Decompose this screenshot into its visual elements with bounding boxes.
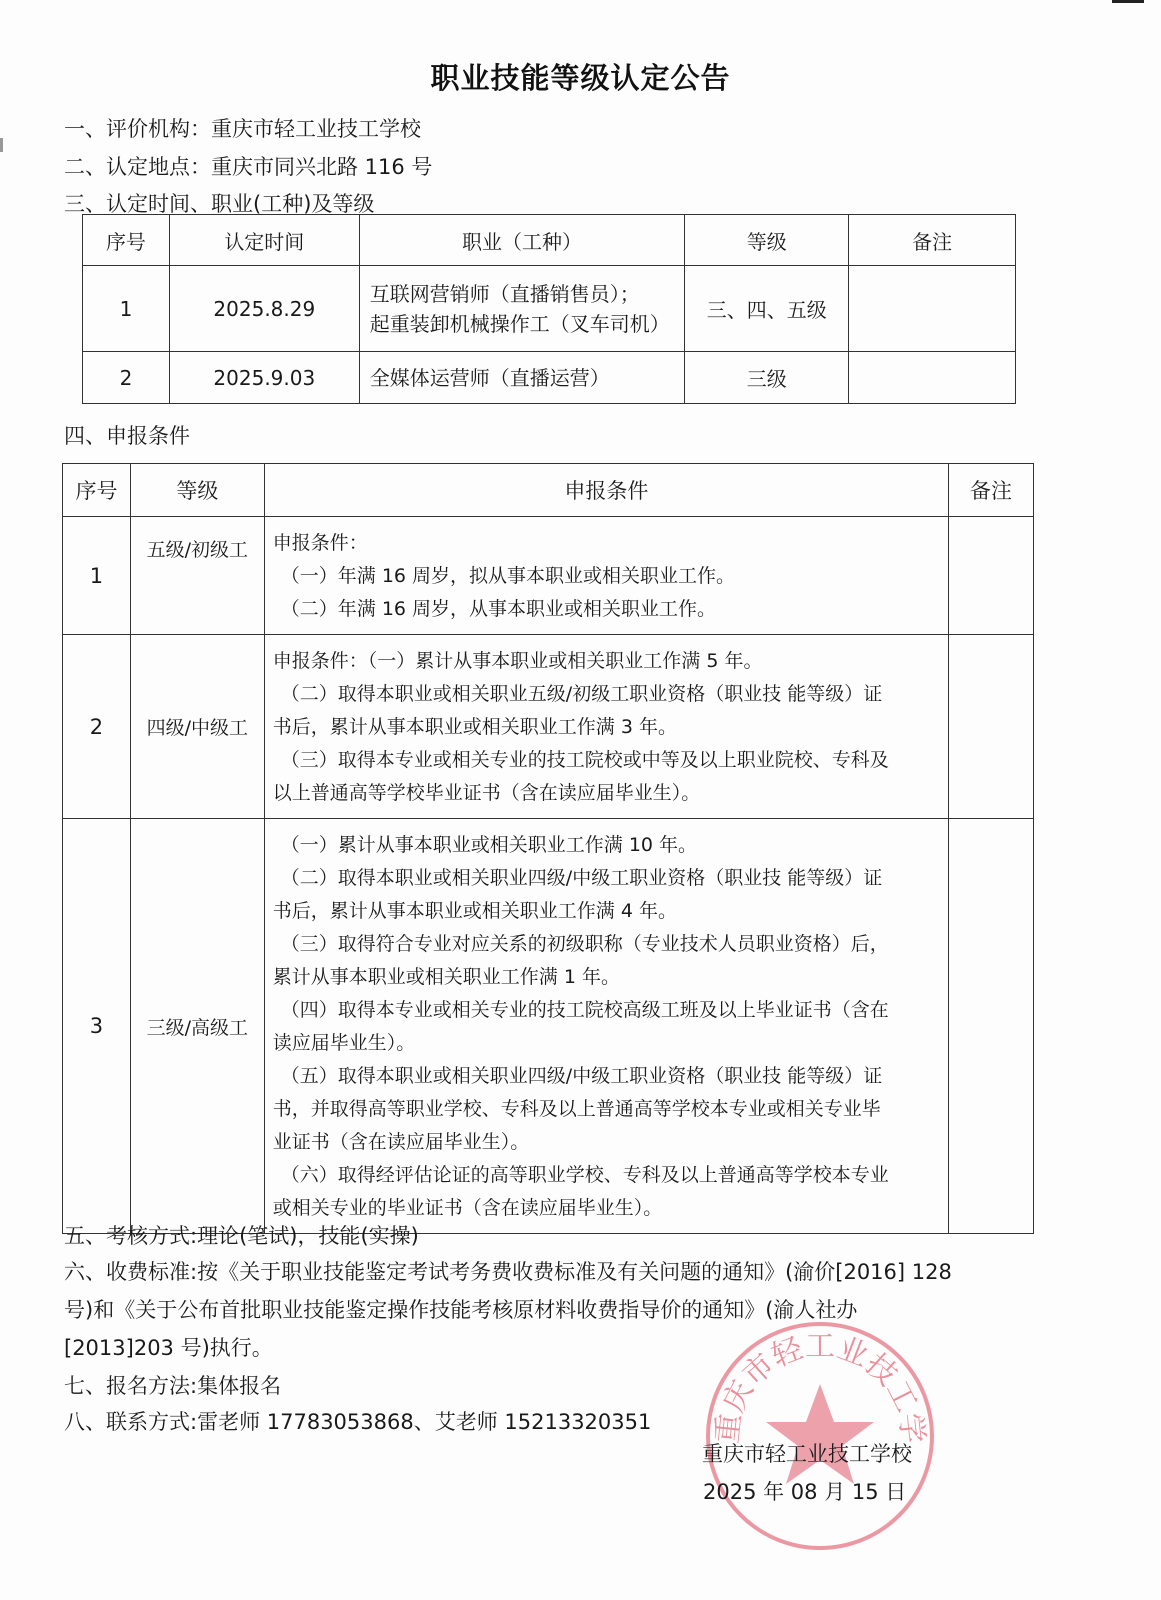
cell-level: 三级/高级工: [130, 819, 264, 1234]
cell-conditions: 申报条件： （一）年满 16 周岁，拟从事本职业或相关职业工作。 （二）年满 1…: [264, 517, 948, 635]
cell-level: 五级/初级工: [130, 517, 264, 635]
cell-note: [949, 635, 1034, 819]
section-registration: 七、报名方法:集体报名: [64, 1370, 281, 1400]
cell-note: [949, 819, 1034, 1234]
condition-line: （二）取得本职业或相关职业四级/中级工职业资格（职业技 能等级）证: [273, 862, 940, 895]
signature-org: 重庆市轻工业技工学校: [702, 1438, 912, 1468]
condition-line: 书后，累计从事本职业或相关职业工作满 3 年。: [273, 711, 940, 744]
section-fees-line2: 号)和《关于公布首批职业技能鉴定操作技能考核原材料收费指导价的通知》(渝人社办: [64, 1294, 857, 1324]
condition-line: （一）年满 16 周岁，拟从事本职业或相关职业工作。: [273, 560, 940, 593]
header-no: 序号: [63, 464, 131, 517]
condition-line: 申报条件：: [273, 527, 940, 560]
header-date: 认定时间: [169, 215, 359, 266]
cell-level: 三级: [685, 352, 849, 404]
table-row: 1 五级/初级工 申报条件： （一）年满 16 周岁，拟从事本职业或相关职业工作…: [63, 517, 1034, 635]
condition-line: （三）取得本专业或相关专业的技工院校或中等及以上职业院校、专科及: [273, 744, 940, 777]
cell-no: 3: [63, 819, 131, 1234]
condition-line: （五）取得本职业或相关职业四级/中级工职业资格（职业技 能等级）证: [273, 1060, 940, 1093]
header-note: 备注: [949, 464, 1034, 517]
condition-line: 书，并取得高等职业学校、专科及以上普通高等学校本专业或相关专业毕: [273, 1093, 940, 1126]
condition-line: （二）取得本职业或相关职业五级/初级工职业资格（职业技 能等级）证: [273, 678, 940, 711]
scan-artifact: [0, 138, 3, 152]
table-header-row: 序号 认定时间 职业（工种） 等级 备注: [83, 215, 1016, 266]
section-location: 二、认定地点：重庆市同兴北路 116 号: [64, 151, 432, 181]
header-conditions: 申报条件: [264, 464, 948, 517]
cell-occupation: 全媒体运营师（直播运营）: [359, 352, 685, 404]
condition-line: 读应届毕业生）。: [273, 1027, 940, 1060]
schedule-table: 序号 认定时间 职业（工种） 等级 备注 1 2025.8.29 互联网营销师（…: [82, 214, 1016, 404]
condition-line: （三）取得符合专业对应关系的初级职称（专业技术人员职业资格）后，: [273, 928, 940, 961]
condition-line: 申报条件：（一）累计从事本职业或相关职业工作满 5 年。: [273, 645, 940, 678]
condition-line: 业证书（含在读应届毕业生）。: [273, 1126, 940, 1159]
header-occupation: 职业（工种）: [359, 215, 685, 266]
announcement-page: 职业技能等级认定公告 一、评价机构：重庆市轻工业技工学校 二、认定地点：重庆市同…: [0, 0, 1161, 1600]
section-evaluation-org: 一、评价机构：重庆市轻工业技工学校: [64, 113, 421, 143]
section-assessment: 五、考核方式:理论(笔试)，技能(实操): [64, 1220, 419, 1250]
cell-note: [849, 352, 1016, 404]
condition-line: （二）年满 16 周岁，从事本职业或相关职业工作。: [273, 593, 940, 626]
section-contact: 八、联系方式:雷老师 17783053868、艾老师 15213320351: [64, 1406, 651, 1436]
condition-line: （四）取得本专业或相关专业的技工院校高级工班及以上毕业证书（含在: [273, 994, 940, 1027]
header-no: 序号: [83, 215, 170, 266]
scan-artifact: [1112, 0, 1144, 3]
cell-date: 2025.9.03: [169, 352, 359, 404]
header-level: 等级: [130, 464, 264, 517]
table-header-row: 序号 等级 申报条件 备注: [63, 464, 1034, 517]
cell-conditions: 申报条件：（一）累计从事本职业或相关职业工作满 5 年。 （二）取得本职业或相关…: [264, 635, 948, 819]
star-icon: 重庆市轻工业技工学校: [710, 1326, 930, 1546]
occupation-line: 起重装卸机械操作工（叉车司机）: [370, 309, 684, 339]
cell-level: 四级/中级工: [130, 635, 264, 819]
cell-no: 2: [83, 352, 170, 404]
official-stamp: 重庆市轻工业技工学校: [706, 1322, 934, 1550]
header-level: 等级: [685, 215, 849, 266]
header-note: 备注: [849, 215, 1016, 266]
cell-conditions: （一）累计从事本职业或相关职业工作满 10 年。 （二）取得本职业或相关职业四级…: [264, 819, 948, 1234]
table-row: 2 四级/中级工 申报条件：（一）累计从事本职业或相关职业工作满 5 年。 （二…: [63, 635, 1034, 819]
cell-note: [949, 517, 1034, 635]
cell-no: 1: [83, 266, 170, 352]
table-row: 1 2025.8.29 互联网营销师（直播销售员）； 起重装卸机械操作工（叉车司…: [83, 266, 1016, 352]
page-title: 职业技能等级认定公告: [0, 56, 1161, 97]
section-fees-line1: 六、收费标准:按《关于职业技能鉴定考试考务费收费标准及有关问题的通知》(渝价[2…: [64, 1256, 952, 1286]
cell-no: 2: [63, 635, 131, 819]
cell-occupation: 互联网营销师（直播销售员）； 起重装卸机械操作工（叉车司机）: [359, 266, 685, 352]
cell-level: 三、四、五级: [685, 266, 849, 352]
occupation-line: 互联网营销师（直播销售员）；: [370, 279, 684, 309]
cell-date: 2025.8.29: [169, 266, 359, 352]
cell-note: [849, 266, 1016, 352]
condition-line: 累计从事本职业或相关职业工作满 1 年。: [273, 961, 940, 994]
condition-line: 书后，累计从事本职业或相关职业工作满 4 年。: [273, 895, 940, 928]
cell-no: 1: [63, 517, 131, 635]
condition-line: 以上普通高等学校毕业证书（含在读应届毕业生）。: [273, 777, 940, 810]
table-row: 3 三级/高级工 （一）累计从事本职业或相关职业工作满 10 年。 （二）取得本…: [63, 819, 1034, 1234]
section-fees-line3: [2013]203 号)执行。: [64, 1332, 273, 1362]
condition-line: （一）累计从事本职业或相关职业工作满 10 年。: [273, 829, 940, 862]
signature-date: 2025 年 08 月 15 日: [703, 1476, 906, 1506]
section-conditions-heading: 四、申报条件: [64, 420, 190, 450]
condition-line: （六）取得经评估论证的高等职业学校、专科及以上普通高等学校本专业: [273, 1159, 940, 1192]
table-row: 2 2025.9.03 全媒体运营师（直播运营） 三级: [83, 352, 1016, 404]
conditions-table: 序号 等级 申报条件 备注 1 五级/初级工 申报条件： （一）年满 16 周岁…: [62, 463, 1034, 1234]
